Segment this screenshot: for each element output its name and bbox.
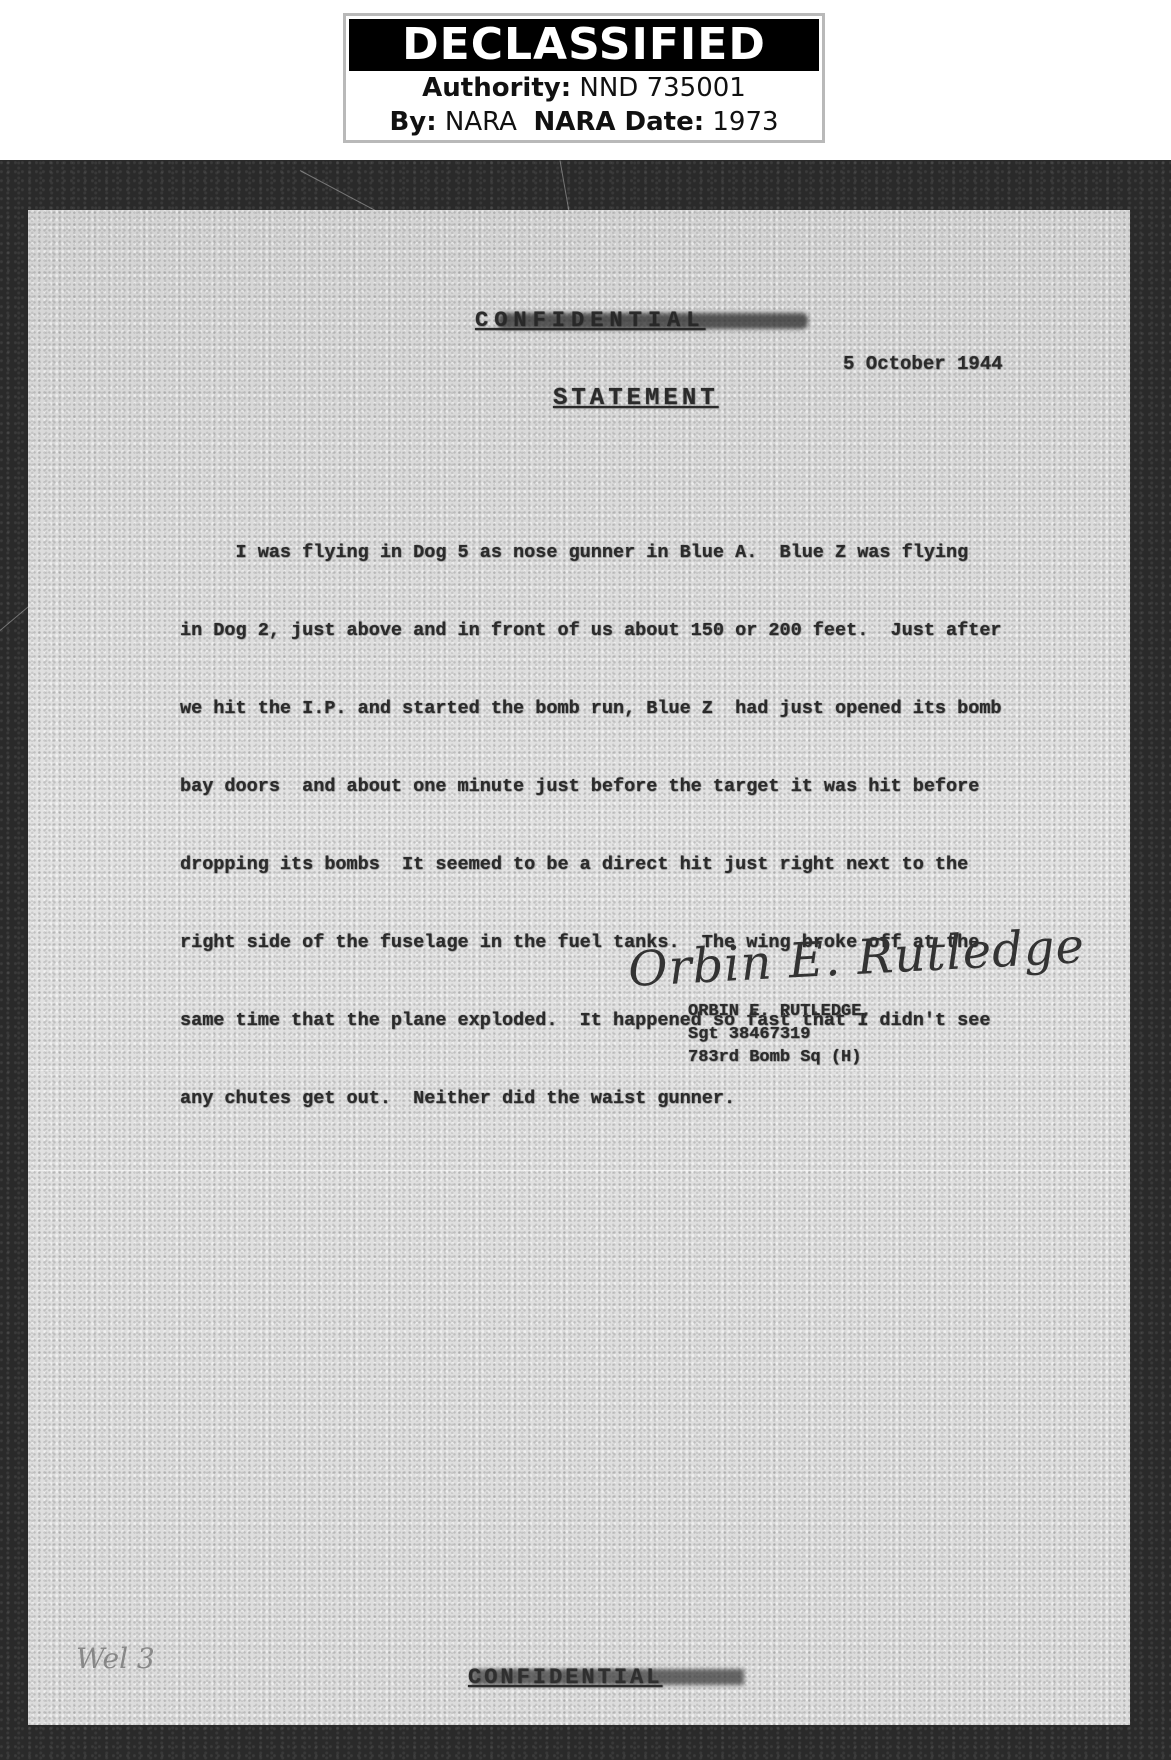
margin-note: Wel 3 bbox=[76, 1642, 155, 1675]
fold-line bbox=[28, 1170, 1130, 1171]
by-label: By: bbox=[389, 107, 436, 137]
signature-block: ORBIN E. RUTLEDGE, Sgt 38467319 783rd Bo… bbox=[688, 1000, 872, 1069]
stamp-authority: Authority: NND 735001 bbox=[346, 71, 822, 105]
nara-date-value: 1973 bbox=[712, 107, 778, 137]
signer-unit: 783rd Bomb Sq (H) bbox=[688, 1046, 872, 1069]
document-date: 5 October 1944 bbox=[843, 353, 1003, 375]
document-title: STATEMENT bbox=[553, 385, 719, 412]
document-paper: CONFIDENTIAL 5 October 1944 STATEMENT I … bbox=[28, 210, 1130, 1725]
declassified-stamp: DECLASSIFIED Authority: NND 735001 By: N… bbox=[343, 13, 825, 143]
body-line: I was flying in Dog 5 as nose gunner in … bbox=[180, 540, 1060, 566]
body-line: we hit the I.P. and started the bomb run… bbox=[180, 696, 1060, 722]
redaction-strike-top bbox=[498, 313, 808, 329]
statement-body: I was flying in Dog 5 as nose gunner in … bbox=[180, 488, 1060, 1164]
nara-date-label: NARA Date: bbox=[533, 107, 704, 137]
body-line: any chutes get out. Neither did the wais… bbox=[180, 1086, 1060, 1112]
authority-label: Authority: bbox=[422, 73, 571, 103]
stamp-by-date: By: NARA NARA Date: 1973 bbox=[346, 105, 822, 139]
body-line: dropping its bombs It seemed to be a dir… bbox=[180, 852, 1060, 878]
redaction-strike-bottom bbox=[472, 1669, 744, 1685]
body-line: bay doors and about one minute just befo… bbox=[180, 774, 1060, 800]
signer-rank-serial: Sgt 38467319 bbox=[688, 1023, 872, 1046]
signer-name: ORBIN E. RUTLEDGE, bbox=[688, 1000, 872, 1023]
body-line: in Dog 2, just above and in front of us … bbox=[180, 618, 1060, 644]
body-line: same time that the plane exploded. It ha… bbox=[180, 1008, 1060, 1034]
authority-value: NND 735001 bbox=[579, 73, 745, 103]
by-value: NARA bbox=[445, 107, 517, 137]
stamp-title: DECLASSIFIED bbox=[349, 19, 819, 71]
scanned-page-frame: CONFIDENTIAL 5 October 1944 STATEMENT I … bbox=[0, 160, 1171, 1760]
